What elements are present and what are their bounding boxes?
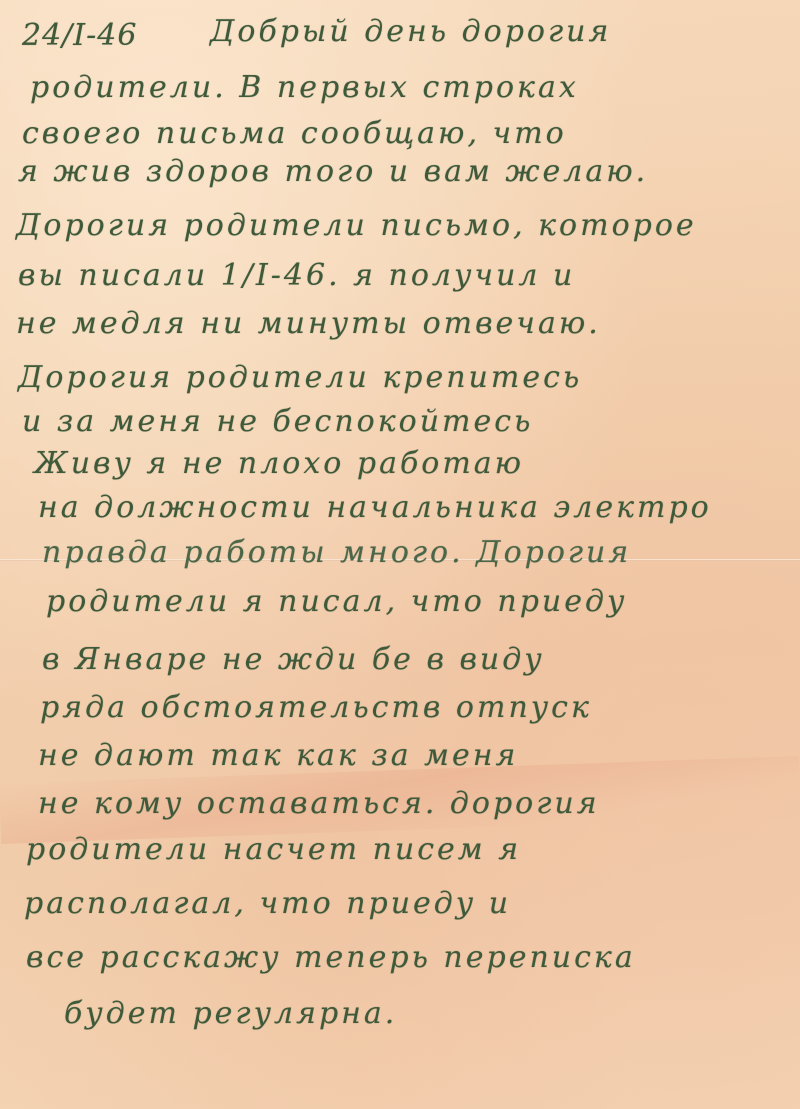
letter-line-16: не дают так как за меня [38, 738, 518, 773]
letter-date: 24/I-46 [22, 18, 137, 53]
letter-line-12: правда работы много. Дорогия [42, 535, 631, 570]
letter-line-4: я жив здоров того и вам желаю. [18, 154, 648, 189]
letter-line-9: и за меня не беспокойтесь [22, 404, 533, 439]
letter-line-8: Дорогия родители крепитесь [18, 360, 582, 395]
letter-line-19: располагал, что приеду и [24, 886, 511, 921]
letter-line-20: все расскажу теперь переписка [26, 940, 636, 975]
letter-line-13: родители я писал, что приеду [46, 584, 627, 619]
letter-line-3: своего письма сообщаю, что [22, 116, 567, 151]
letter-line-6: вы писали 1/I-46. я получил и [18, 258, 575, 293]
letter-line-21: будет регулярна. [64, 996, 397, 1031]
letter-line-5: Дорогия родители письмо, которое [16, 208, 697, 243]
letter-line-14: в Январе не жди бе в виду [42, 642, 545, 677]
letter-line-15: ряда обстоятельств отпуск [40, 690, 592, 725]
letter-line-7: не медля ни минуты отвечаю. [16, 306, 601, 341]
letter-line-11: на должности начальника электро [38, 490, 712, 525]
letter-line-18: родители насчет писем я [26, 832, 521, 867]
letter-line-10: Живу я не плохо работаю [34, 446, 524, 481]
letter-line-1: Добрый день дорогия [210, 14, 611, 49]
letter-line-17: не кому оставаться. дорогия [38, 786, 600, 821]
letter-page: 24/I-46 Добрый день дорогия родители. В … [0, 0, 800, 1109]
letter-line-2: родители. В первых строках [30, 70, 579, 105]
